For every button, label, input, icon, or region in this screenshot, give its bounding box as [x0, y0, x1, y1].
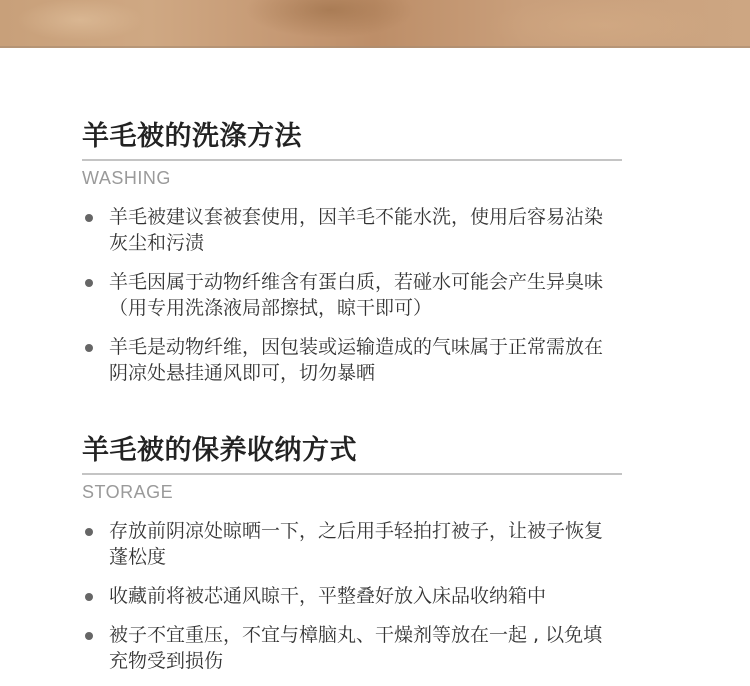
- bullet-icon: [85, 593, 93, 601]
- list-item-text: 羊毛因属于动物纤维含有蛋白质，若碰水可能会产生异臭味（用专用洗涤液局部擦拭，晾干…: [109, 271, 603, 319]
- top-banner-image: [0, 0, 750, 48]
- list-item: 羊毛因属于动物纤维含有蛋白质，若碰水可能会产生异臭味（用专用洗涤液局部擦拭，晾干…: [82, 269, 614, 321]
- list-item-text: 被子不宜重压，不宜与樟脑丸、干燥剂等放在一起 , 以免填充物受到损伤: [109, 624, 602, 672]
- section-divider: [82, 159, 622, 161]
- list-item: 被子不宜重压，不宜与樟脑丸、干燥剂等放在一起 , 以免填充物受到损伤: [82, 622, 614, 674]
- washing-list: 羊毛被建议套被套使用，因羊毛不能水洗，使用后容易沾染灰尘和污渍 羊毛因属于动物纤…: [82, 204, 622, 386]
- bullet-icon: [85, 344, 93, 352]
- section-title: 羊毛被的保养收纳方式: [82, 432, 622, 470]
- list-item-text: 存放前阴凉处晾晒一下，之后用手轻拍打被子，让被子恢复蓬松度: [109, 520, 603, 568]
- list-item: 收藏前将被芯通风晾干，平整叠好放入床品收纳箱中: [82, 583, 614, 609]
- bullet-icon: [85, 632, 93, 640]
- bullet-icon: [85, 214, 93, 222]
- list-item-text: 羊毛是动物纤维，因包装或运输造成的气味属于正常需放在阴凉处悬挂通风即可，切勿暴晒: [109, 336, 603, 384]
- section-title: 羊毛被的洗涤方法: [82, 118, 622, 156]
- list-item: 存放前阴凉处晾晒一下，之后用手轻拍打被子，让被子恢复蓬松度: [82, 518, 614, 570]
- section-subtitle: WASHING: [82, 166, 622, 190]
- section-subtitle: STORAGE: [82, 480, 622, 504]
- washing-section: 羊毛被的洗涤方法 WASHING 羊毛被建议套被套使用，因羊毛不能水洗，使用后容…: [82, 118, 622, 399]
- list-item-text: 羊毛被建议套被套使用，因羊毛不能水洗，使用后容易沾染灰尘和污渍: [109, 206, 603, 254]
- storage-list: 存放前阴凉处晾晒一下，之后用手轻拍打被子，让被子恢复蓬松度 收藏前将被芯通风晾干…: [82, 518, 622, 674]
- list-item: 羊毛被建议套被套使用，因羊毛不能水洗，使用后容易沾染灰尘和污渍: [82, 204, 614, 256]
- bullet-icon: [85, 528, 93, 536]
- list-item: 羊毛是动物纤维，因包装或运输造成的气味属于正常需放在阴凉处悬挂通风即可，切勿暴晒: [82, 334, 614, 386]
- storage-section: 羊毛被的保养收纳方式 STORAGE 存放前阴凉处晾晒一下，之后用手轻拍打被子，…: [82, 432, 622, 686]
- section-divider: [82, 473, 622, 475]
- bullet-icon: [85, 279, 93, 287]
- list-item-text: 收藏前将被芯通风晾干，平整叠好放入床品收纳箱中: [109, 585, 546, 607]
